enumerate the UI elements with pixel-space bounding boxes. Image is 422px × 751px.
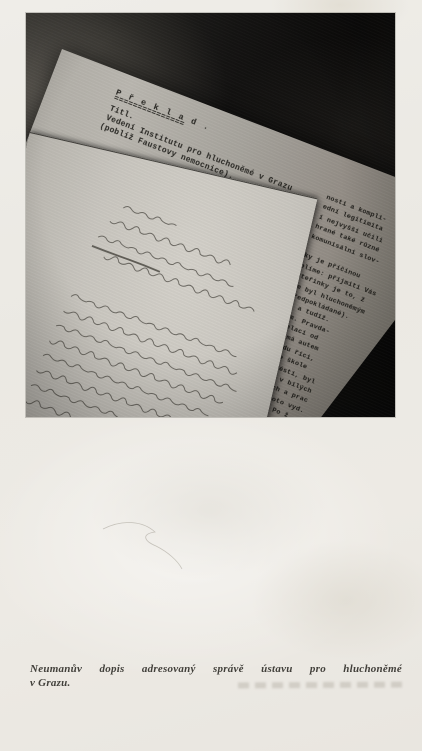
showthrough-ghost-text [238, 682, 404, 689]
strike-through-line [90, 246, 162, 272]
paper-stain [90, 440, 330, 580]
handwriting-line [49, 337, 224, 406]
caption-line-1: Neumanův dopis adresovaný správě ústavu … [30, 663, 402, 676]
handwriting-line [43, 352, 210, 417]
handwriting-line [123, 205, 177, 228]
scratch-mark [95, 513, 205, 583]
handwriting-line [36, 367, 196, 417]
paper-stain [250, 540, 422, 660]
book-page: { "colors": { "page_bg": "#ebe9e3", "pho… [0, 0, 422, 751]
handwriting-line [26, 397, 155, 417]
handwriting-line [56, 323, 238, 393]
handwriting-line [71, 293, 238, 358]
handwriting-line [103, 253, 256, 314]
letter-photograph: P ř e k l a d . =============== Titl. Ve… [26, 13, 395, 417]
handwriting-line [63, 307, 238, 376]
